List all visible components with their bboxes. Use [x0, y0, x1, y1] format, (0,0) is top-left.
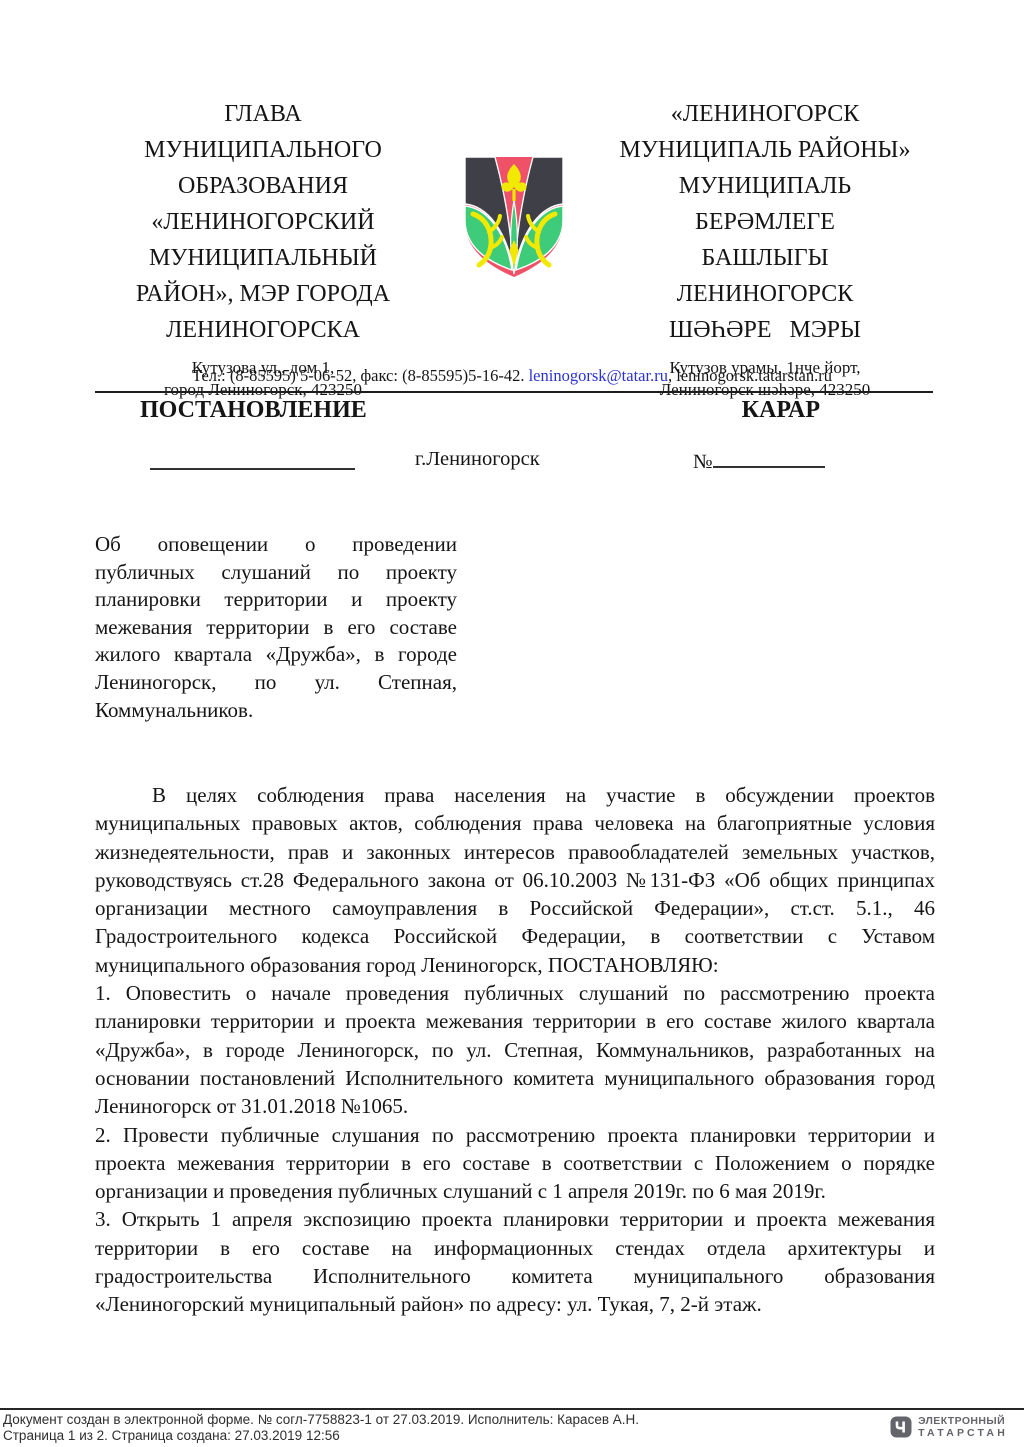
letterhead-line: «ЛЕНИНОГОРСКИЙ — [95, 204, 431, 240]
item-1-paragraph: 1. Оповестить о начале проведения публич… — [95, 979, 935, 1120]
letterhead-right-tatar: «ЛЕНИНОГОРСК МУНИЦИПАЛЬ РАЙОНЫ» МУНИЦИПА… — [597, 96, 933, 401]
header-divider — [95, 391, 933, 393]
footer-meta-line2: Страница 1 из 2. Страница создана: 27.03… — [3, 1428, 639, 1444]
electronic-tatarstan-icon — [889, 1415, 913, 1439]
letterhead-line: ШӘҺӘРЕ МЭРЫ — [597, 312, 933, 348]
letterhead-line: ОБРАЗОВАНИЯ — [95, 168, 431, 204]
electronic-tatarstan-label: ЭЛЕКТРОННЫЙ ТАТАРСТАН — [918, 1415, 1008, 1439]
logo-text-line2: ТАТАРСТАН — [918, 1427, 1008, 1439]
document-body: В целях соблюдения права населения на уч… — [95, 781, 935, 1319]
website-text: , leninogorsk.tatarstan.ru — [668, 366, 832, 385]
number-sign: № — [693, 451, 713, 473]
logo-text-line1: ЭЛЕКТРОННЫЙ — [918, 1415, 1008, 1427]
emblem-tulip-stem — [512, 189, 515, 201]
number-field: № — [693, 448, 825, 474]
place-label: г.Лениногорск — [415, 448, 540, 471]
phone-fax-text: Тел.: (8-85595) 5-06-52, факс: (8-85595)… — [192, 366, 529, 385]
number-blank-line — [713, 448, 825, 468]
footer-meta-line1: Документ создан в электронной форме. № с… — [3, 1412, 639, 1428]
date-place-number-row: г.Лениногорск № — [95, 448, 933, 478]
letterhead-line: МУНИЦИПАЛЬНОГО — [95, 132, 431, 168]
subject-paragraph: Об оповещении о проведении публичных слу… — [95, 531, 457, 724]
letterhead-line: МУНИЦИПАЛЬ — [597, 168, 933, 204]
doc-title-tatar: КАРАР — [742, 397, 933, 424]
email-link[interactable]: leninogorsk@tatar.ru — [529, 366, 668, 385]
letterhead-line: РАЙОН», МЭР ГОРОДА — [95, 276, 431, 312]
letterhead: ГЛАВА МУНИЦИПАЛЬНОГО ОБРАЗОВАНИЯ «ЛЕНИНО… — [95, 96, 933, 401]
footer-metadata: Документ создан в электронной форме. № с… — [3, 1412, 639, 1444]
coat-of-arms — [454, 96, 574, 401]
coat-of-arms-leninogorsk-icon — [458, 154, 570, 280]
letterhead-line: МУНИЦИПАЛЬ РАЙОНЫ» — [597, 132, 933, 168]
item-2-paragraph: 2. Провести публичные слушания по рассмо… — [95, 1121, 935, 1206]
letterhead-line: БАШЛЫГЫ — [597, 240, 933, 276]
letterhead-line: ЛЕНИНОГОРСК — [597, 276, 933, 312]
letterhead-line: ЛЕНИНОГОРСКА — [95, 312, 431, 348]
contact-line: Тел.: (8-85595) 5-06-52, факс: (8-85595)… — [0, 366, 1024, 386]
date-blank-line — [150, 450, 355, 470]
document-page: ГЛАВА МУНИЦИПАЛЬНОГО ОБРАЗОВАНИЯ «ЛЕНИНО… — [0, 0, 1024, 1447]
footer-divider — [0, 1408, 1024, 1410]
letterhead-line: МУНИЦИПАЛЬНЫЙ — [95, 240, 431, 276]
doc-title-russian: ПОСТАНОВЛЕНИЕ — [95, 397, 367, 424]
item-3-paragraph: 3. Открыть 1 апреля экспозицию проекта п… — [95, 1205, 935, 1318]
document-titles: ПОСТАНОВЛЕНИЕ КАРАР — [95, 397, 933, 424]
preamble-paragraph: В целях соблюдения права населения на уч… — [95, 781, 935, 979]
letterhead-left-russian: ГЛАВА МУНИЦИПАЛЬНОГО ОБРАЗОВАНИЯ «ЛЕНИНО… — [95, 96, 431, 401]
letterhead-line: БЕРӘМЛЕГЕ — [597, 204, 933, 240]
electronic-tatarstan-logo: ЭЛЕКТРОННЫЙ ТАТАРСТАН — [889, 1415, 1008, 1439]
letterhead-line: ГЛАВА — [95, 96, 431, 132]
letterhead-line: «ЛЕНИНОГОРСК — [597, 96, 933, 132]
